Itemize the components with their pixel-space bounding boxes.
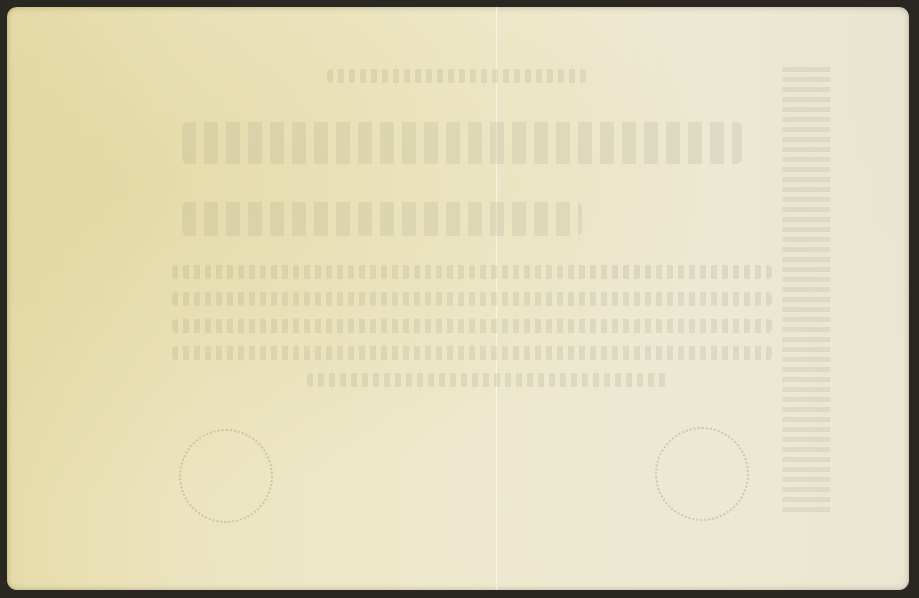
show-through-side-strip bbox=[782, 67, 830, 517]
show-through-text-line bbox=[172, 292, 772, 306]
show-through-title bbox=[182, 122, 742, 164]
show-through-subtitle bbox=[182, 202, 582, 236]
left-seal-impression bbox=[179, 429, 273, 523]
show-through-text-line bbox=[307, 373, 667, 387]
right-seal-impression bbox=[655, 427, 749, 521]
show-through-text-line bbox=[172, 346, 772, 360]
show-through-text-line bbox=[172, 319, 772, 333]
banknote-sheet: Reverse side of an old paper banknote wi… bbox=[7, 7, 909, 590]
show-through-text-line bbox=[172, 265, 772, 279]
show-through-heading bbox=[327, 69, 587, 83]
